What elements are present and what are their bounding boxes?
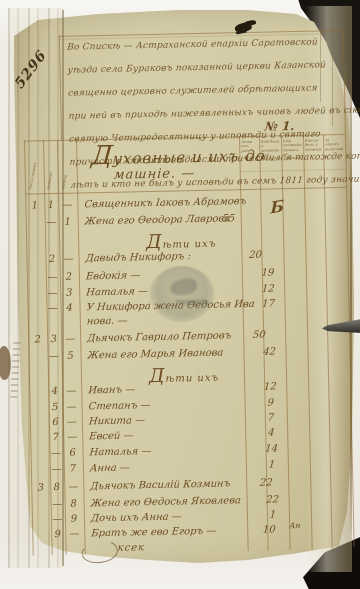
male-number: 3 xyxy=(47,334,60,345)
person-name: Никита — xyxy=(88,415,145,427)
column-header-confessed-only: Кто исповѣдались токмо а не причастились xyxy=(283,137,303,188)
person-age: 12 xyxy=(256,283,281,295)
person-name: Священникъ Іаковъ Абрамовъ xyxy=(84,196,247,210)
female-number: — xyxy=(58,200,76,211)
male-number: 7 xyxy=(49,432,62,443)
person-age: 22 xyxy=(254,477,279,489)
person-name: Жена его Марья Иванова xyxy=(87,348,224,362)
female-number: 3 xyxy=(60,288,78,299)
person-age: 14 xyxy=(259,443,284,455)
column-header-absent: Кто не были у исповѣди xyxy=(305,136,322,187)
person-age: 55 xyxy=(216,213,241,225)
female-number: — xyxy=(63,402,81,413)
person-name: Дьячокъ Василій Козминъ xyxy=(90,478,231,492)
female-number: — xyxy=(59,254,77,265)
stamp-base-shadow xyxy=(176,300,208,304)
female-number: — xyxy=(63,417,81,428)
header-line: священно церковно служителей обрѣтающихс… xyxy=(68,82,360,99)
person-age: 19 xyxy=(255,267,280,279)
person-name: Евдокія — xyxy=(85,270,140,282)
folio-number: 5296 xyxy=(12,47,50,92)
children-heading: Дѣти ихъ xyxy=(111,229,251,254)
person-name: Жена его Ѳеодора Лаврова xyxy=(84,213,230,227)
person-age: 17 xyxy=(256,298,281,310)
person-age: 12 xyxy=(258,381,283,393)
male-number: — xyxy=(45,217,58,228)
male-number: — xyxy=(51,499,64,510)
male-number: 9 xyxy=(51,529,64,540)
person-age: 1 xyxy=(259,459,284,471)
communion-mark: Б xyxy=(270,196,284,217)
male-number: — xyxy=(49,448,62,459)
male-number: — xyxy=(46,272,59,283)
female-number: 1 xyxy=(59,217,77,228)
rule-left-margin xyxy=(59,36,62,140)
header-line: уѣзда села Бураковъ показанной церкви Ка… xyxy=(67,59,360,76)
section-title-continued: машнiе. — xyxy=(113,166,196,183)
column-header-reason: За какимъ винословіемъ xyxy=(325,136,344,187)
female-number: 9 xyxy=(65,514,83,525)
female-number: — xyxy=(62,386,80,397)
male-number: 4 xyxy=(48,386,61,397)
household-number: 2 xyxy=(29,334,46,345)
female-number: — xyxy=(61,334,79,345)
male-number: — xyxy=(50,464,63,475)
male-number: — xyxy=(47,351,60,362)
person-age xyxy=(254,195,278,196)
person-name-continued: нова. — xyxy=(86,316,128,328)
column-header-age: Лѣта отъ роду xyxy=(241,138,258,189)
person-name: Дочь ихъ Анна — xyxy=(91,511,183,524)
catchword-flourish xyxy=(79,537,120,568)
male-number: 1 xyxy=(44,200,57,211)
male-number: 5 xyxy=(49,402,62,413)
person-age: 4 xyxy=(259,427,284,439)
male-number: — xyxy=(46,303,59,314)
person-age: 22 xyxy=(260,494,285,506)
female-number: — xyxy=(65,529,83,540)
person-name: Наталья — xyxy=(86,286,149,298)
person-age: 20 xyxy=(243,250,268,262)
person-name: Дьячокъ Гаврило Петровъ xyxy=(87,330,232,344)
female-number: 6 xyxy=(63,448,81,459)
male-number: 8 xyxy=(50,482,63,493)
person-age: 1 xyxy=(260,509,285,521)
person-age: 7 xyxy=(258,412,283,424)
catchword: ксек xyxy=(117,542,145,554)
rule-col xyxy=(323,134,333,549)
female-number: 5 xyxy=(61,351,79,362)
female-number: 2 xyxy=(60,272,78,283)
rule-col xyxy=(303,135,313,550)
header-paragraph: Во Спискѣ — Астраханской епархіи Саратов… xyxy=(67,36,360,113)
female-number: 8 xyxy=(65,499,83,510)
female-number: 4 xyxy=(60,303,78,314)
person-name: Анна — xyxy=(89,463,130,475)
household-number: 1 xyxy=(26,200,43,211)
person-name: Давыдъ Никифоръ : xyxy=(85,251,191,264)
female-number: — xyxy=(64,482,82,493)
person-name: Наталья — xyxy=(89,446,152,458)
column-header-households: Числа дворовъ xyxy=(28,139,42,191)
person-age: 50 xyxy=(247,330,272,342)
person-age: 9 xyxy=(258,397,283,409)
header-line: при ней въ приходѣ нижеявленныхъ чиновъ … xyxy=(68,105,360,122)
person-age: 10 xyxy=(257,524,282,536)
person-name: Евсей — xyxy=(89,430,134,442)
male-number: — xyxy=(46,288,59,299)
person-name: Братъ же ево Егоръ — xyxy=(91,526,217,540)
person-name: Степанъ — xyxy=(88,400,151,412)
person-name: Жена его Ѳедосья Яковлева xyxy=(90,495,241,509)
female-number: 7 xyxy=(64,464,82,475)
female-number: — xyxy=(63,432,81,443)
household-number: 3 xyxy=(32,482,49,493)
male-number: — xyxy=(51,514,64,525)
person-name: Иванъ — xyxy=(88,384,136,396)
manuscript-photo: 5296 № 1. Во Спискѣ — Астраханской епарх… xyxy=(0,0,360,589)
male-number: 2 xyxy=(45,254,58,265)
male-number: 6 xyxy=(49,417,62,428)
person-age: 42 xyxy=(257,346,282,358)
margin-mark: Ан xyxy=(289,521,301,530)
column-header-communed: Кто были у исповѣди и св: причастія xyxy=(261,137,281,188)
